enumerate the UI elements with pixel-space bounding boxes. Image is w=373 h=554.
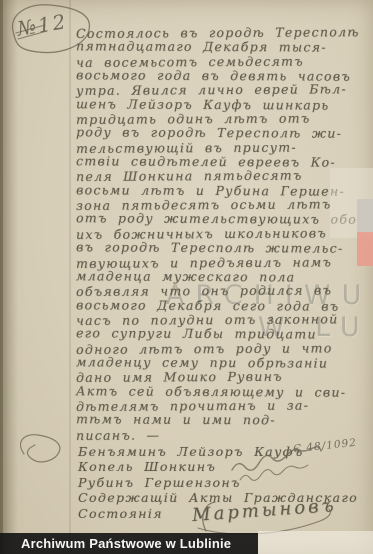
archive-stamp-text: Archiwum Państwowe w Lublinie bbox=[0, 536, 231, 551]
margin-flourish bbox=[21, 435, 60, 462]
manuscript-text-block: Состоялось въ городѣ Тересполѣ пятнадцат… bbox=[76, 26, 372, 442]
archive-stamp-dark-segment: Archiwum Państwowe w Lublinie bbox=[0, 533, 258, 554]
record-number-label: №12 bbox=[15, 9, 69, 41]
witness1-signature: Копель Шонкинъ bbox=[78, 459, 368, 474]
edge-tab-gray bbox=[357, 199, 373, 232]
archive-stamp-light-segment bbox=[258, 531, 373, 554]
margin-crease-line bbox=[69, 0, 71, 554]
manuscript-line: тѣмъ нами и ими под- bbox=[76, 413, 372, 429]
archive-stamp-bar: Archiwum Państwowe w Lublinie bbox=[0, 533, 373, 554]
witness2-signature: Рубинъ Гершензонъ bbox=[78, 475, 368, 490]
page-left-edge bbox=[0, 0, 3, 554]
edge-tab-pink bbox=[357, 232, 373, 266]
archival-document-scan: ARCHIWUM W LUBL №12 Состоялось въ городѣ… bbox=[0, 0, 373, 554]
